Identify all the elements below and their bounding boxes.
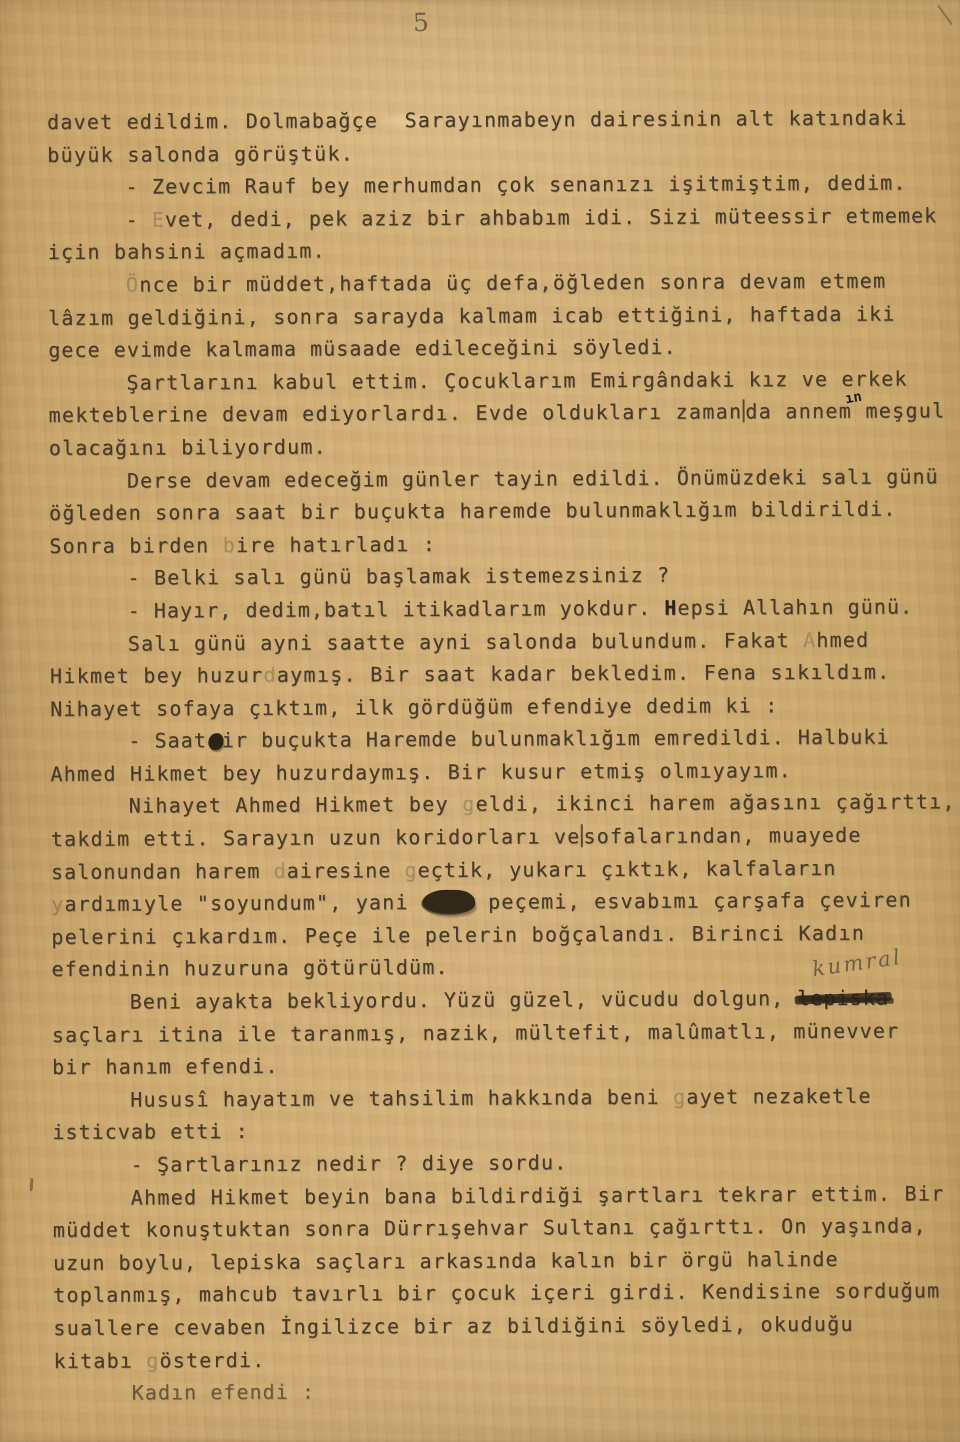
text-segment: nce bir müddet,haftada üç defa,öğleden s… — [139, 269, 886, 297]
text-segment: Ahmed Hikmet beyin bana bildirdiği şartl… — [131, 1181, 945, 1209]
text-segment: österdi. — [159, 1347, 265, 1372]
text-segment: airesine — [287, 858, 405, 883]
text-line: pelerini çıkardım. Peçe ile pelerin boğç… — [51, 916, 936, 953]
text-segment: Kadın efendi : — [132, 1380, 315, 1405]
text-line: için bahsini açmadım. — [48, 232, 933, 269]
text-segment: - Şartlarınız nedir ? diye sordu. — [130, 1150, 567, 1176]
text-segment: bir hanım efendi. — [52, 1054, 279, 1079]
text-line: - Hayır, dedim,batıl itikadlarım yokdur.… — [128, 590, 935, 627]
text-segment: saçları itina ile taranmış, nazik, mülte… — [52, 1018, 900, 1046]
text-segment: epsi Allahın günü. — [677, 594, 913, 619]
text-segment: - Hayır, dedim,batıl itikadlarım yokdur. — [128, 596, 665, 623]
text-segment: ir buçukta Haremde bulunmaklığım emredil… — [222, 725, 890, 752]
text-segment: takdim etti. Sarayın uzun koridorları ve — [51, 824, 581, 851]
corner-pen-stroke — [937, 5, 953, 26]
text-line: Nihayet Ahmed Hikmet bey geldi, ikinci h… — [129, 786, 936, 823]
text-segment: davet edildim. Dolmabağçe Sarayınmabeyn … — [47, 105, 908, 134]
text-line: efendinin huzuruna götürüldüm. — [51, 949, 936, 986]
text-segment: mekteblerine devam ediyorlardı. Evde old… — [49, 400, 743, 428]
text-segment: pelerini çıkardım. Peçe ile pelerin boğç… — [51, 921, 865, 949]
text-line: yardımıyle "soyundum", yani yani peçemi,… — [51, 884, 936, 921]
document-page: 5 davet edildim. Dolmabağçe Sarayınmabey… — [0, 0, 960, 1442]
text-segment: - Zevcim Rauf bey merhumdan çok senanızı… — [125, 171, 906, 199]
text-line: Ahmed Hikmet bey huzurdaymış. Bir kusur … — [50, 753, 935, 790]
text-line: Nihayet sofaya çıktım, ilk gördüğüm efen… — [50, 688, 935, 725]
text-segment: büyük salonda görüştük. — [47, 141, 354, 167]
text-segment: müddet konuştuktan sonra Dürrışehvar Sul… — [53, 1214, 927, 1243]
text-segment: olacağını biliyordum. — [49, 434, 327, 459]
text-segment: eldi, ikinci harem ağasını çağırttı, — [475, 790, 955, 817]
text-line: Beni ayakta bekliyordu. Yüzü güzel, vücu… — [130, 981, 937, 1018]
overstruck-letter: H — [664, 596, 677, 620]
text-segment: Salı günü ayni saatte ayni salonda bulun… — [128, 628, 803, 656]
text-segment: aymış. Bir saat kadar bekledim. Fena sık… — [277, 660, 891, 687]
handwritten-insertion: ın — [844, 389, 863, 408]
text-segment: - Saat — [128, 728, 207, 752]
text-segment: gece evimde kalmama müsaade edileceğini … — [48, 335, 676, 362]
text-segment: toplanmış, mahcub tavırlı bir çocuk içer… — [53, 1279, 940, 1308]
text-line: uzun boylu, lepiska saçları arkasında ka… — [53, 1242, 938, 1279]
faded-letter: g — [462, 792, 475, 816]
text-line: mekteblerine devam ediyorlardı. Evde old… — [49, 395, 934, 432]
text-segment: Sonra birden — [49, 533, 223, 558]
pen-stroke-inline — [580, 824, 582, 847]
faded-letter: g — [404, 858, 417, 882]
text-segment: isticvab etti : — [52, 1119, 248, 1144]
margin-pen-tick — [30, 1178, 34, 1191]
faded-letter: Ö — [126, 272, 139, 296]
text-segment: Hususî hayatım ve tahsilim hakkında beni — [130, 1085, 673, 1112]
text-line: suallere cevaben İngilizce bir az bildiğ… — [53, 1307, 938, 1344]
text-segment: ire hatırladı : — [236, 532, 436, 557]
text-line: gece evimde kalmama müsaade edileceğini … — [48, 330, 933, 367]
text-segment: - Belki salı günü başlamak istemezsiniz … — [127, 563, 670, 590]
ink-blot — [208, 733, 223, 750]
faded-letter: y — [51, 892, 64, 916]
text-segment: Beni ayakta bekliyordu. Yüzü güzel, vücu… — [130, 986, 798, 1013]
text-line: Önce bir müddet,haftada üç defa,öğleden … — [126, 264, 933, 301]
text-line: davet edildim. Dolmabağçe Sarayınmabeyn … — [47, 101, 932, 138]
text-line: kitabı gösterdi. — [53, 1340, 938, 1377]
text-segment: peçemi, esvabımı çarşafa çeviren — [475, 888, 912, 914]
faded-letter: E — [152, 207, 165, 231]
text-line: Hikmet bey huzurdaymış. Bir saat kadar b… — [50, 655, 935, 692]
text-segment: eçtik, yukarı çıktık, kalfaların — [418, 856, 837, 882]
struck-word: lepiska — [797, 986, 889, 1010]
text-line: Derse devam edeceğim günler tayin edildi… — [127, 460, 934, 497]
text-line: - Saatir buçukta Haremde bulunmaklığım e… — [128, 721, 935, 758]
text-line: müddet konuştuktan sonra Dürrışehvar Sul… — [53, 1210, 938, 1247]
faded-letter: g — [673, 1084, 686, 1108]
faded-letter: d — [263, 663, 276, 687]
text-line: salonundan harem dairesine geçtik, yukar… — [51, 851, 936, 888]
text-segment: için bahsini açmadım. — [48, 239, 326, 264]
typewritten-text: davet edildim. Dolmabağçe Sarayınmabeyn … — [47, 101, 939, 1409]
text-line: olacağını biliyordum. — [49, 427, 934, 464]
text-segment: Ahmed Hikmet bey huzurdaymış. Bir kusur … — [50, 758, 792, 786]
text-segment: Nihayet Ahmed Hikmet bey — [129, 792, 463, 818]
text-segment: - — [126, 207, 152, 231]
text-line: Kadın efendi : — [132, 1373, 939, 1410]
faded-letter: A — [803, 627, 816, 651]
text-segment: vet, dedi, pek aziz bir ahbabım idi. Siz… — [165, 203, 937, 231]
faded-letter: b — [223, 533, 236, 557]
text-segment: kitabı — [54, 1348, 147, 1372]
text-line: Sonra birden bire hatırladı : — [49, 525, 934, 562]
faded-letter: g — [146, 1348, 159, 1372]
text-line: öğleden sonra saat bir buçukta haremde b… — [49, 492, 934, 529]
text-line: - Evet, dedi, pek aziz bir ahbabım idi. … — [126, 199, 933, 236]
text-segment: öğleden sonra saat bir buçukta haremde b… — [49, 497, 897, 525]
text-segment: ardımıyle "soyundum", yani — [64, 890, 422, 916]
text-line: takdim etti. Sarayın uzun koridorları ve… — [51, 818, 936, 855]
text-segment: lâzım geldiğini, sonra sarayda kalmam ic… — [48, 301, 896, 329]
text-line: isticvab etti : — [52, 1112, 937, 1149]
faded-letter: d — [274, 858, 287, 882]
text-line: Ahmed Hikmet beyin bana bildirdiği şartl… — [131, 1177, 938, 1214]
text-line: büyük salonda görüştük. — [47, 134, 932, 171]
text-segment: hmed — [816, 627, 869, 651]
text-line: lâzım geldiğini, sonra sarayda kalmam ic… — [48, 297, 933, 334]
pen-stroke-inline — [742, 400, 744, 423]
text-segment: ayet nezaketle — [686, 1084, 871, 1109]
text-segment: uzun boylu, lepiska saçları arkasında ka… — [53, 1247, 839, 1275]
text-segment: efendinin huzuruna götürüldüm. — [51, 955, 448, 981]
text-segment: Hikmet bey huzur — [50, 663, 264, 688]
text-line: - Belki salı günü başlamak istemezsiniz … — [127, 558, 934, 595]
page-number: 5 — [412, 8, 429, 38]
text-line: Şartlarını kabul ettim. Çocuklarım Emirg… — [126, 362, 933, 399]
text-line: bir hanım efendi. — [52, 1047, 937, 1084]
text-segment: suallere cevaben İngilizce bir az bildiğ… — [53, 1312, 854, 1340]
text-segment: Derse devam edeceğim günler tayin edildi… — [127, 464, 939, 492]
text-segment: salonundan harem — [51, 858, 274, 883]
text-line: toplanmış, mahcub tavırlı bir çocuk içer… — [53, 1275, 938, 1312]
text-line: - Şartlarınız nedir ? diye sordu. — [130, 1144, 937, 1181]
text-line: - Zevcim Rauf bey merhumdan çok senanızı… — [125, 167, 932, 204]
text-line: Hususî hayatım ve tahsilim hakkında beni… — [130, 1079, 937, 1116]
text-line: saçları itina ile taranmış, nazik, mülte… — [52, 1014, 937, 1051]
redacted-word: yani — [422, 890, 475, 914]
text-segment: sofalarından, muayede — [583, 823, 861, 848]
text-line: Salı günü ayni saatte ayni salonda bulun… — [128, 623, 935, 660]
text-segment: Nihayet sofaya çıktım, ilk gördüğüm efen… — [50, 693, 778, 721]
text-segment: Şartlarını kabul ettim. Çocuklarım Emirg… — [126, 366, 907, 394]
